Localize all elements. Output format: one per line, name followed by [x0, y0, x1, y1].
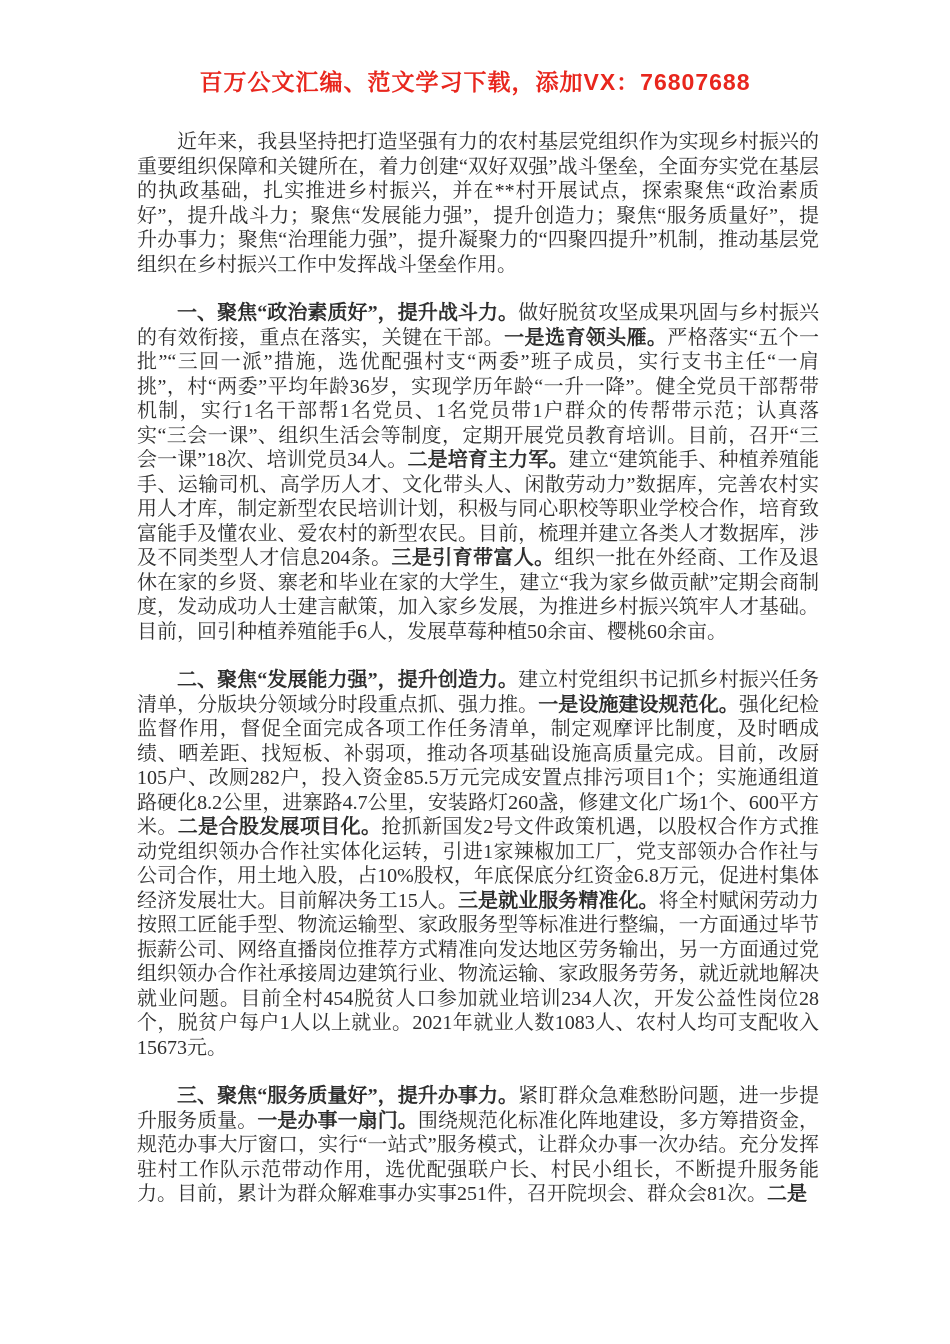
bold-text-run: 三是就业服务精准化。 — [458, 890, 659, 912]
paragraph: 近年来，我县坚持把打造坚强有力的农村基层党组织作为实现乡村振兴的重要组织保障和关… — [137, 130, 819, 277]
promo-header-text: 百万公文汇编、范文学习下载，添加VX：76807688 — [0, 64, 950, 97]
bold-text-run: 一是办事一扇门。 — [257, 1110, 418, 1132]
bold-text-run: 二是培育主力军。 — [408, 449, 569, 471]
bold-text-run: 一、聚焦“政治素质好”，提升战斗力。 — [177, 302, 518, 324]
document-body: 近年来，我县坚持把打造坚强有力的农村基层党组织作为实现乡村振兴的重要组织保障和关… — [137, 130, 819, 1207]
bold-text-run: 一是设施建设规范化。 — [538, 694, 739, 716]
bold-text-run: 三是引育带富人。 — [392, 547, 555, 569]
paragraph: 二、聚焦“发展能力强”，提升创造力。建立村党组织书记抓乡村振兴任务清单，分版块分… — [137, 668, 819, 1060]
text-run: 近年来，我县坚持把打造坚强有力的农村基层党组织作为实现乡村振兴的重要组织保障和关… — [137, 131, 819, 276]
bold-text-run: 三、聚焦“服务质量好”，提升办事力。 — [177, 1085, 518, 1107]
bold-text-run: 二、聚焦“发展能力强”，提升创造力。 — [177, 669, 518, 691]
bold-text-run: 二是合股发展项目化。 — [178, 816, 382, 838]
paragraph: 三、聚焦“服务质量好”，提升办事力。紧盯群众急难愁盼问题，进一步提升服务质量。一… — [137, 1084, 819, 1207]
paragraph: 一、聚焦“政治素质好”，提升战斗力。做好脱贫攻坚成果巩固与乡村振兴的有效衔接，重… — [137, 301, 819, 644]
document-page: 百万公文汇编、范文学习下载，添加VX：76807688 近年来，我县坚持把打造坚… — [0, 0, 950, 1344]
bold-text-run: 一是选育领头雁。 — [504, 327, 667, 349]
text-run: 将全村赋闲劳动力按照工匠能手型、物流运输型、家政服务型等标准进行整编，一方面通过… — [137, 890, 819, 1059]
bold-text-run: 二是 — [767, 1183, 807, 1205]
